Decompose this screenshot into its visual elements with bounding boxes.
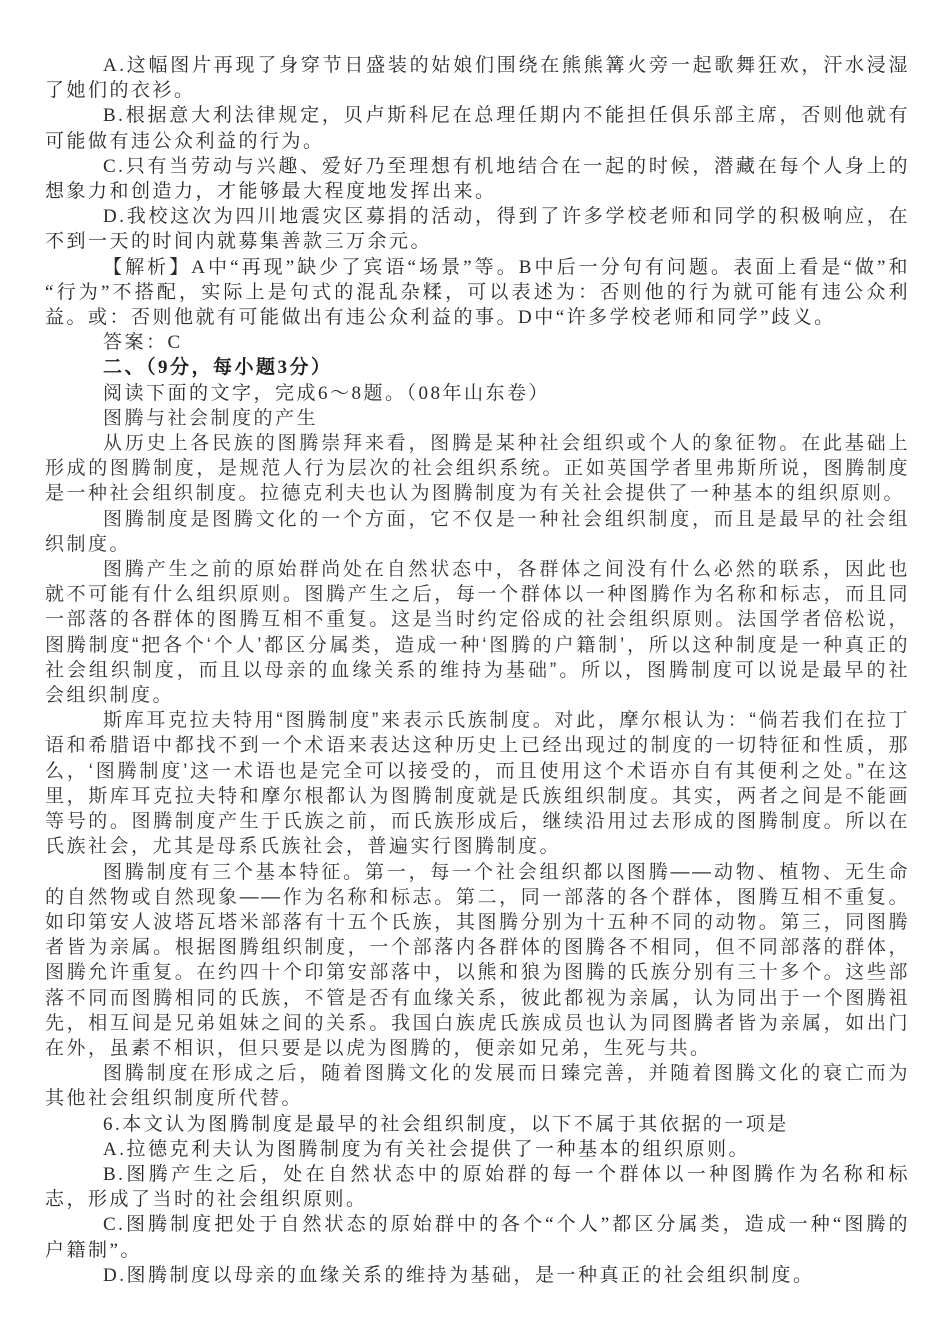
- passage-instruction: 阅读下面的文字，完成6～8题。（08年山东卷）: [45, 381, 910, 406]
- document-page: A.这幅图片再现了身穿节日盛装的姑娘们围绕在熊熊篝火旁一起歌舞狂欢，汗水浸湿了她…: [0, 0, 950, 1344]
- choice-b: B.根据意大利法律规定，贝卢斯科尼在总理任期内不能担任俱乐部主席，否则他就有可能…: [45, 103, 910, 153]
- choice-a: A.这幅图片再现了身穿节日盛装的姑娘们围绕在熊熊篝火旁一起歌舞狂欢，汗水浸湿了她…: [45, 53, 910, 103]
- passage-para-6: 图腾制度在形成之后，随着图腾文化的发展而日臻完善，并随着图腾文化的衰亡而为其他社…: [45, 1061, 910, 1111]
- section-heading: 二、（9分，每小题3分）: [45, 355, 910, 380]
- passage-para-3: 图腾产生之前的原始群尚处在自然状态中，各群体之间没有什么必然的联系，因此也就不可…: [45, 557, 910, 708]
- passage-para-1: 从历史上各民族的图腾崇拜来看，图腾是某种社会组织或个人的象征物。在此基础上形成的…: [45, 431, 910, 507]
- choice-d: D.我校这次为四川地震灾区募捐的活动，得到了许多学校老师和同学的积极响应，在不到…: [45, 204, 910, 254]
- q6-choice-a: A.拉德克利夫认为图腾制度为有关社会提供了一种基本的组织原则。: [45, 1137, 910, 1162]
- question-6: 6.本文认为图腾制度是最早的社会组织制度，以下不属于其依据的一项是: [45, 1112, 910, 1137]
- passage-para-5: 图腾制度有三个基本特征。第一，每一个社会组织都以图腾——动物、植物、无生命的自然…: [45, 860, 910, 1062]
- q6-choice-c: C.图腾制度把处于自然状态的原始群中的各个“个人”都区分属类，造成一种“图腾的户…: [45, 1212, 910, 1262]
- answer: 答案：C: [45, 330, 910, 355]
- q6-choice-b: B.图腾产生之后，处在自然状态中的原始群的每一个群体以一种图腾作为名称和标志，形…: [45, 1162, 910, 1212]
- choice-c: C.只有当劳动与兴趣、爱好乃至理想有机地结合在一起的时候，潜藏在每个人身上的想象…: [45, 154, 910, 204]
- analysis: 【解析】A中“再现”缺少了宾语“场景”等。B中后一分句有问题。表面上看是“做”和…: [45, 255, 910, 331]
- passage-para-2: 图腾制度是图腾文化的一个方面，它不仅是一种社会组织制度，而且是最早的社会组织制度…: [45, 507, 910, 557]
- passage-para-4: 斯库耳克拉夫特用“图腾制度”来表示氏族制度。对此，摩尔根认为：“倘若我们在拉丁语…: [45, 708, 910, 859]
- q6-choice-d: D.图腾制度以母亲的血缘关系的维持为基础，是一种真正的社会组织制度。: [45, 1263, 910, 1288]
- passage-title: 图腾与社会制度的产生: [45, 406, 910, 431]
- document-body: A.这幅图片再现了身穿节日盛装的姑娘们围绕在熊熊篝火旁一起歌舞狂欢，汗水浸湿了她…: [45, 53, 910, 1288]
